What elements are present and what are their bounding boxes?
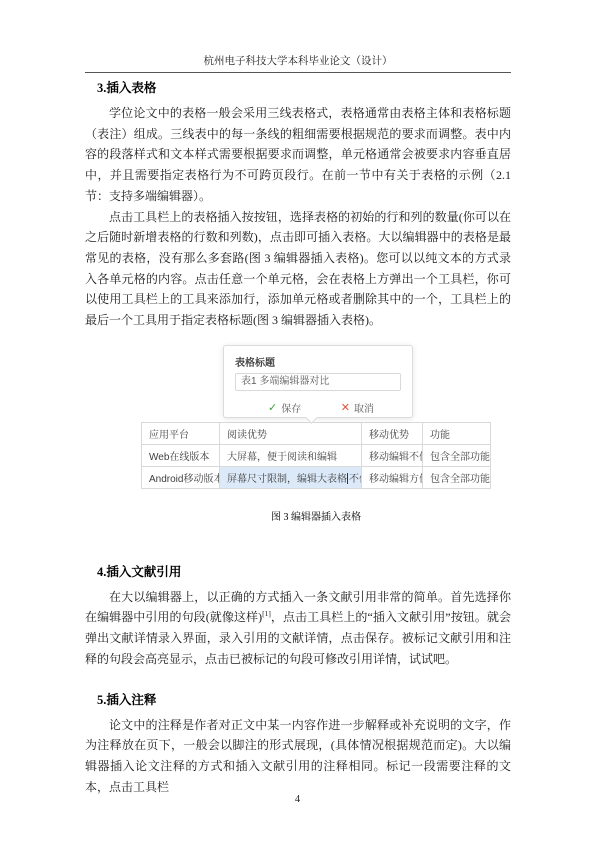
table-header-cell[interactable]: 功能 — [423, 422, 491, 444]
table-caption-popup: 表格标题 表1 多端编辑器对比 ✓ 保存 ✕ 取消 — [223, 345, 413, 418]
table-row: Android移动版本 屏幕尺寸限制，编辑大表格不便 移动编辑方便 包含全部功能 — [142, 466, 491, 488]
table-header-cell[interactable]: 阅读优势 — [220, 422, 362, 444]
thesis-page: 杭州电子科技大学本科毕业论文（设计） 3.插入表格 学位论文中的表格一般会采用三… — [0, 0, 595, 842]
cancel-button-label: 取消 — [354, 400, 374, 415]
cancel-button[interactable]: ✕ 取消 — [341, 400, 374, 415]
table-cell[interactable]: Web在线版本 — [142, 444, 220, 466]
citation-superscript: [1] — [262, 609, 271, 618]
close-icon: ✕ — [341, 401, 350, 414]
table-header-cell[interactable]: 移动优势 — [362, 422, 423, 444]
section-4-paragraph: 在大以编辑器上，以正确的方式插入一条文献引用非常的简单。首先选择你在编辑器中引用… — [85, 587, 511, 670]
text-caret — [347, 473, 348, 484]
table-header-row: 应用平台 阅读优势 移动优势 功能 — [142, 422, 491, 444]
page-header: 杭州电子科技大学本科毕业论文（设计） — [85, 53, 511, 73]
table-header-cell[interactable]: 应用平台 — [142, 422, 220, 444]
save-button[interactable]: ✓ 保存 — [268, 400, 301, 415]
section-3-paragraph-1: 学位论文中的表格一般会采用三线表格式，表格通常由表格主体和表格标题（表注）组成。… — [85, 103, 511, 207]
table-cell[interactable]: 大屏幕，便于阅读和编辑 — [220, 444, 362, 466]
section-5-heading: 5.插入注释 — [85, 690, 511, 708]
section-3-heading: 3.插入表格 — [85, 78, 511, 96]
section-4-heading: 4.插入文献引用 — [85, 562, 511, 580]
section-5-paragraph: 论文中的注释是作者对正文中某一内容作进一步解释或补充说明的文字，作为注释放在页下… — [85, 715, 511, 798]
table-caption-input[interactable]: 表1 多端编辑器对比 — [235, 373, 401, 391]
page-body: 3.插入表格 学位论文中的表格一般会采用三线表格式，表格通常由表格主体和表格标题… — [85, 77, 511, 797]
table-cell[interactable]: 移动编辑不便 — [362, 444, 423, 466]
page-number: 4 — [0, 794, 595, 805]
table-cell[interactable]: Android移动版本 — [142, 466, 220, 488]
save-button-label: 保存 — [281, 400, 301, 415]
table-cell[interactable]: 移动编辑方便 — [362, 466, 423, 488]
table-row: Web在线版本 大屏幕，便于阅读和编辑 移动编辑不便 包含全部功能 — [142, 444, 491, 466]
cell-text: 屏幕尺寸限制，编辑大表格 — [227, 474, 347, 485]
table-cell[interactable]: 包含全部功能 — [423, 444, 491, 466]
figure-editor-insert-table: 表格标题 表1 多端编辑器对比 ✓ 保存 ✕ 取消 — [141, 345, 491, 523]
comparison-table: 应用平台 阅读优势 移动优势 功能 Web在线版本 大屏幕，便于阅读和编辑 移动… — [141, 422, 491, 489]
check-icon: ✓ — [268, 401, 277, 414]
editor-screenshot: 表格标题 表1 多端编辑器对比 ✓ 保存 ✕ 取消 — [141, 345, 491, 491]
table-cell[interactable]: 包含全部功能 — [423, 466, 491, 488]
table-caption-label: 表格标题 — [235, 354, 401, 369]
header-title: 杭州电子科技大学本科毕业论文（设计） — [204, 56, 393, 67]
section-3-paragraph-2: 点击工具栏上的表格插入按按钮，选择表格的初始的行和列的数量(你可以在之后随时新增… — [85, 207, 511, 331]
figure-caption: 图 3 编辑器插入表格 — [141, 508, 491, 523]
selected-table-cell[interactable]: 屏幕尺寸限制，编辑大表格不便 — [220, 466, 362, 488]
popup-actions: ✓ 保存 ✕ 取消 — [224, 400, 412, 415]
cell-text: 不便 — [349, 474, 362, 485]
